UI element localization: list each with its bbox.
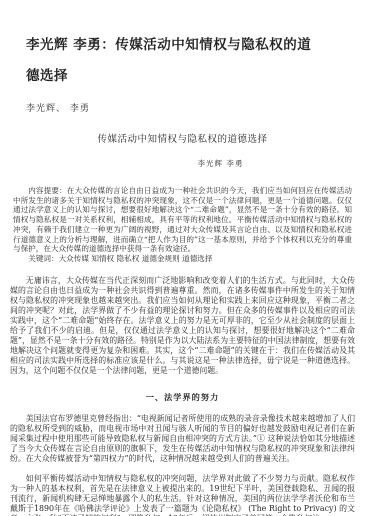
section-heading: 一、法学界的努力 <box>10 392 355 403</box>
abstract-label: 内容提要： <box>28 186 67 195</box>
abstract-text: 在大众传媒的言论自由日益成为一种社会共识的今天，我们应当如何回应在传媒活动中所发… <box>13 186 352 253</box>
keywords: 关键词：大众传媒 知情权 隐私权 道德金规则 道德选择 <box>13 254 352 264</box>
intro-paragraph: 无庸讳言，大众传媒在当代正深刻而广泛地影响和改变着人们的生活方式。与此同时，大众… <box>10 276 355 376</box>
article-authors: 李光辉 李勇 <box>48 158 365 169</box>
section-paragraph-1: 美国法官布罗德里克曾经指出：“电视新闻记者所使用的成熟的录音录像技术越来越增加了… <box>10 414 355 464</box>
document-page: 李光辉 李勇：传媒活动中知情权与隐私权的道德选择 李光辉、 李勇 传媒活动中知情… <box>0 0 365 516</box>
page-title: 李光辉 李勇：传媒活动中知情权与隐私权的道德选择 <box>26 30 322 92</box>
byline: 李光辉、 李勇 <box>26 101 355 114</box>
abstract: 内容提要：在大众传媒的言论自由日益成为一种社会共识的今天，我们应当如何回应在传媒… <box>13 186 352 254</box>
keywords-text: 大众传媒 知情权 隐私权 道德金规则 道德选择 <box>59 254 213 263</box>
keywords-label: 关键词： <box>28 254 58 263</box>
article-title: 传媒活动中知情权与隐私权的道德选择 <box>10 131 355 145</box>
section-paragraph-2: 如何平衡传媒活动中知情权与隐私权的冲突问题，法学界对此做了不少努力与贡献。隐私权… <box>10 474 355 516</box>
